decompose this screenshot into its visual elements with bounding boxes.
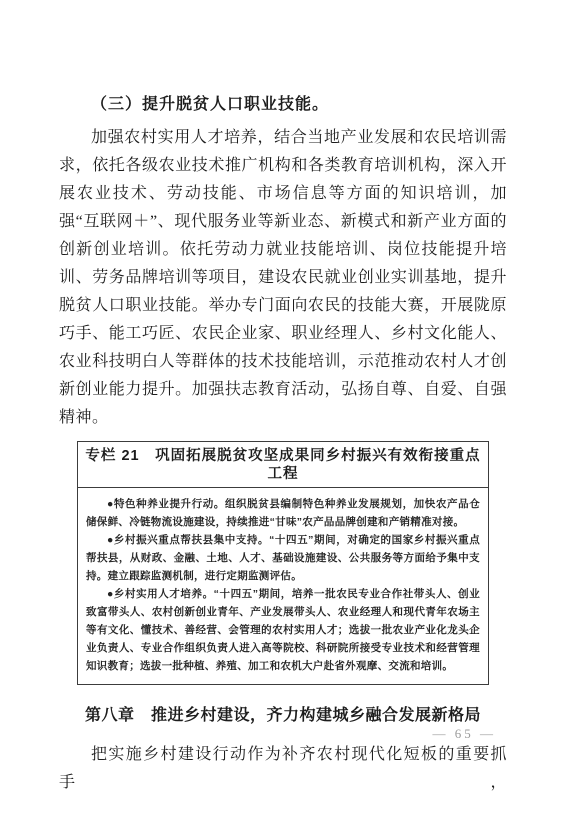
chapter-heading: 第八章 推进乡村建设，齐力构建城乡融合发展新格局: [59, 704, 507, 728]
callout-box-item-2: ●乡村振兴重点帮扶县集中支持。“十四五”期间，对确定的国家乡村振兴重点帮扶县，从…: [86, 531, 480, 585]
section-heading: （三）提升脱贫人口职业技能。: [59, 94, 507, 116]
page-number: — 65 —: [433, 726, 497, 742]
document-page: （三）提升脱贫人口职业技能。 加强农村实用人才培养，结合当地产业发展和农民培训需…: [0, 0, 578, 818]
callout-box: 专栏 21 巩固拓展脱贫攻坚成果同乡村振兴有效衔接重点工程 ●特色种养业提升行动…: [77, 441, 489, 685]
callout-box-title: 专栏 21 巩固拓展脱贫攻坚成果同乡村振兴有效衔接重点工程: [78, 442, 488, 488]
callout-box-body: ●特色种养业提升行动。组织脱贫县编制特色种养业发展规划，加快农产品仓储保鲜、冷链…: [78, 488, 488, 684]
callout-box-item-3: ●乡村实用人才培养。“十四五”期间，培养一批农民专业合作社带头人、创业致富带头人…: [86, 585, 480, 675]
section-paragraph: 加强农村实用人才培养，结合当地产业发展和农民培训需求，依托各级农业技术推广机构和…: [59, 124, 507, 432]
callout-box-item-1: ●特色种养业提升行动。组织脱贫县编制特色种养业发展规划，加快农产品仓储保鲜、冷链…: [86, 495, 480, 531]
page-content: （三）提升脱贫人口职业技能。 加强农村实用人才培养，结合当地产业发展和农民培训需…: [59, 94, 507, 797]
chapter-paragraph: 把实施乡村建设行动作为补齐农村现代化短板的重要抓手，: [59, 741, 507, 797]
